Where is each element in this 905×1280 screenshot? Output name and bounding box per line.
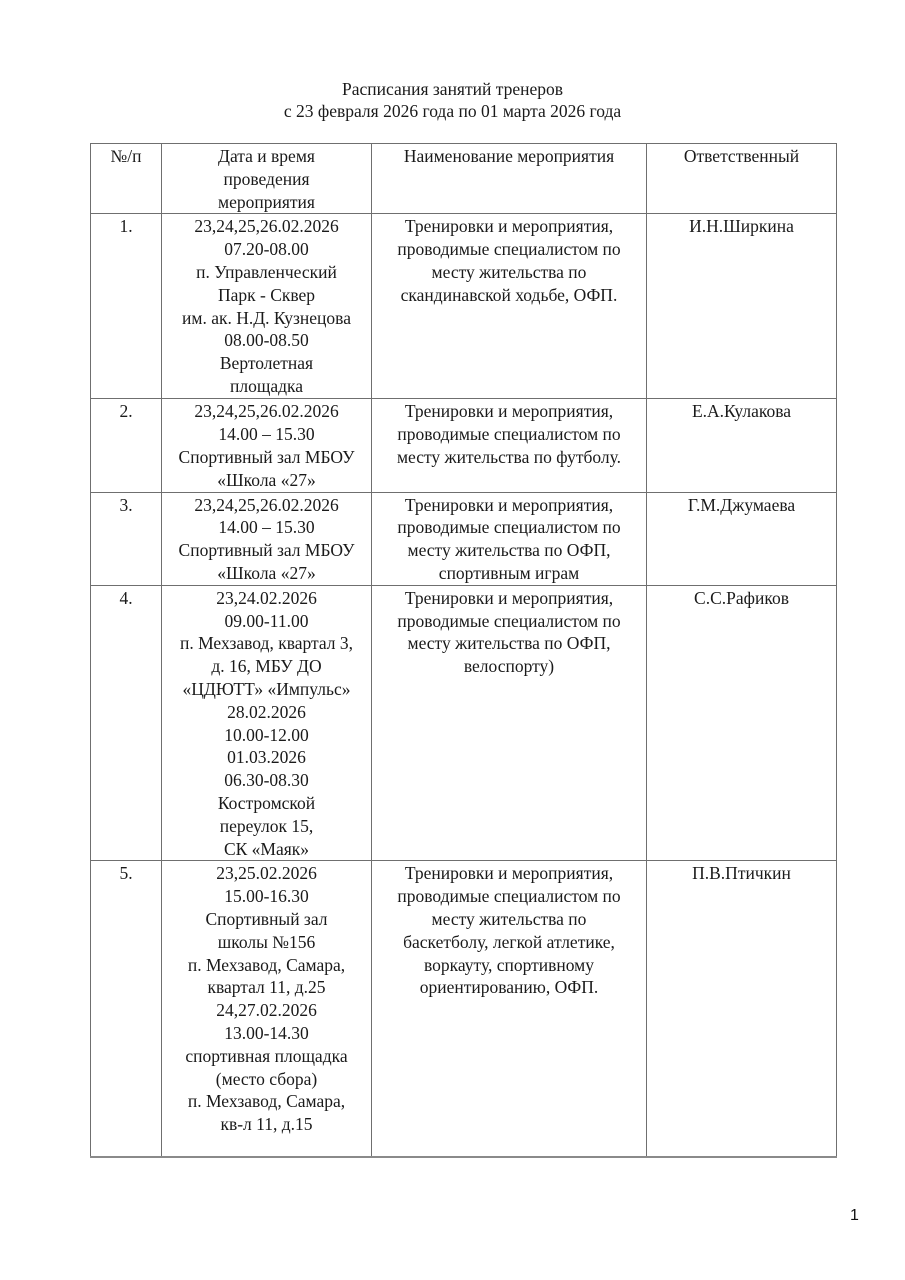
row-responsible: С.С.Рафиков xyxy=(647,585,837,861)
header-date-time: Дата и время проведения мероприятия xyxy=(162,144,372,214)
schedule-table: №/п Дата и время проведения мероприятия … xyxy=(90,143,837,1158)
row-number: 1. xyxy=(91,214,162,399)
row-event-name: Тренировки и мероприятия, проводимые спе… xyxy=(372,585,647,861)
title-line-1: Расписания занятий тренеров xyxy=(0,78,905,100)
title-line-2: с 23 февраля 2026 года по 01 марта 2026 … xyxy=(0,100,905,122)
row-date-time: 23,25.02.2026 15.00-16.30 Спортивный зал… xyxy=(162,861,372,1158)
header-event-name: Наименование мероприятия xyxy=(372,144,647,214)
table-header-row: №/п Дата и время проведения мероприятия … xyxy=(91,144,837,214)
table-row: 2. 23,24,25,26.02.2026 14.00 – 15.30 Спо… xyxy=(91,399,837,492)
table-row: 3. 23,24,25,26.02.2026 14.00 – 15.30 Спо… xyxy=(91,492,837,585)
row-number: 3. xyxy=(91,492,162,585)
row-date-time: 23,24,25,26.02.2026 07.20-08.00 п. Управ… xyxy=(162,214,372,399)
row-date-time: 23,24.02.2026 09.00-11.00 п. Мехзавод, к… xyxy=(162,585,372,861)
row-event-name: Тренировки и мероприятия, проводимые спе… xyxy=(372,861,647,1158)
row-responsible: П.В.Птичкин xyxy=(647,861,837,1158)
row-number: 2. xyxy=(91,399,162,492)
row-number: 5. xyxy=(91,861,162,1158)
header-responsible: Ответственный xyxy=(647,144,837,214)
row-responsible: Е.А.Кулакова xyxy=(647,399,837,492)
page-number: 1 xyxy=(850,1207,859,1225)
header-number: №/п xyxy=(91,144,162,214)
table-row: 1. 23,24,25,26.02.2026 07.20-08.00 п. Уп… xyxy=(91,214,837,399)
row-date-time: 23,24,25,26.02.2026 14.00 – 15.30 Спорти… xyxy=(162,492,372,585)
table-row: 5. 23,25.02.2026 15.00-16.30 Спортивный … xyxy=(91,861,837,1158)
row-responsible: И.Н.Ширкина xyxy=(647,214,837,399)
row-number: 4. xyxy=(91,585,162,861)
row-event-name: Тренировки и мероприятия, проводимые спе… xyxy=(372,492,647,585)
row-responsible: Г.М.Джумаева xyxy=(647,492,837,585)
row-date-time: 23,24,25,26.02.2026 14.00 – 15.30 Спорти… xyxy=(162,399,372,492)
table-row: 4. 23,24.02.2026 09.00-11.00 п. Мехзавод… xyxy=(91,585,837,861)
document-title: Расписания занятий тренеров с 23 февраля… xyxy=(0,78,905,122)
row-event-name: Тренировки и мероприятия, проводимые спе… xyxy=(372,214,647,399)
row-event-name: Тренировки и мероприятия, проводимые спе… xyxy=(372,399,647,492)
